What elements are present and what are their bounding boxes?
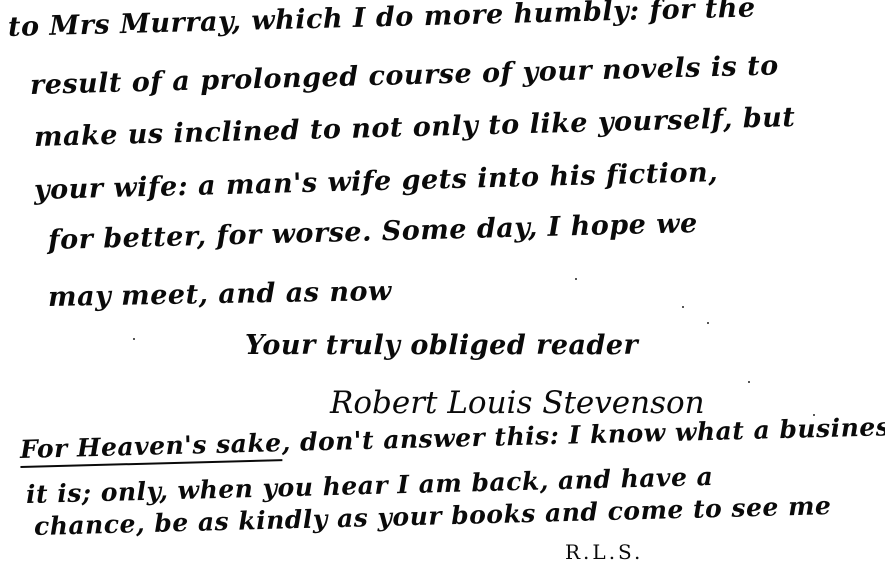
paper-speck bbox=[707, 322, 709, 324]
letter-initials: R.L.S. bbox=[565, 540, 643, 564]
letter-signature: Robert Louis Stevenson bbox=[330, 385, 705, 421]
letter-page: to Mrs Murray, which I do more humbly: f… bbox=[0, 0, 885, 566]
letter-line-3: make us inclined to not only to like you… bbox=[34, 102, 796, 153]
letter-line-1: to Mrs Murray, which I do more humbly: f… bbox=[8, 0, 756, 43]
letter-closing: Your truly obliged reader bbox=[245, 330, 638, 361]
paper-speck bbox=[682, 306, 684, 308]
letter-line-5: for better, for worse. Some day, I hope … bbox=[48, 208, 698, 256]
letter-line-4: your wife: a man's wife gets into his fi… bbox=[34, 157, 719, 206]
postscript-underlined-phrase: For Heaven's sake bbox=[20, 428, 282, 468]
paper-speck bbox=[133, 338, 135, 340]
paper-speck bbox=[748, 381, 750, 383]
letter-line-6: may meet, and as now bbox=[48, 276, 392, 313]
paper-speck bbox=[813, 414, 815, 416]
paper-speck bbox=[575, 278, 577, 280]
letter-line-2: result of a prolonged course of your nov… bbox=[30, 50, 779, 101]
